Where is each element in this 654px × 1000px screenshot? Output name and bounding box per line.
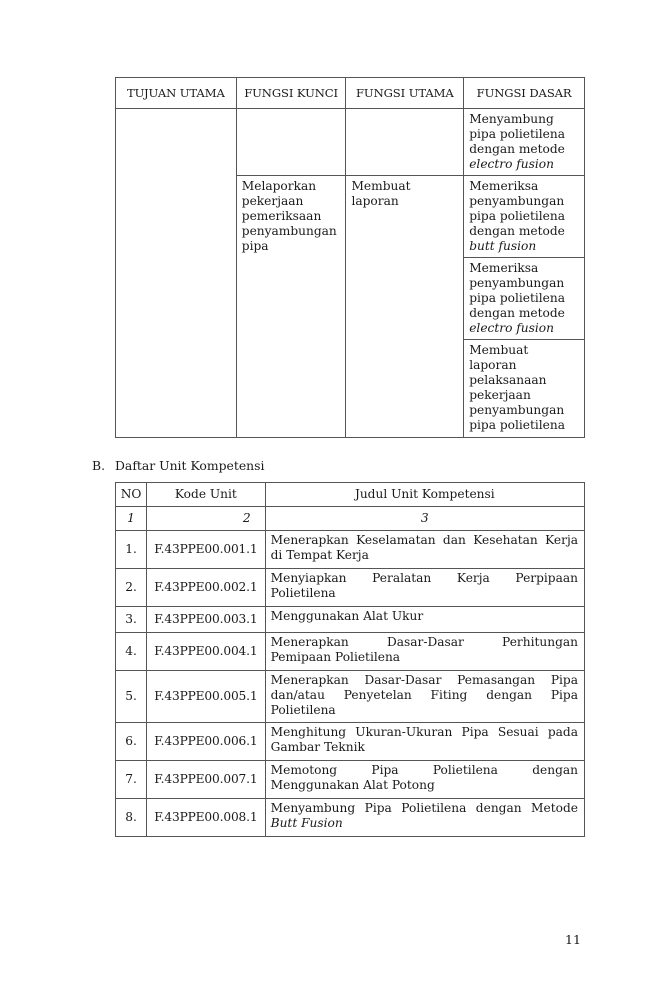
table-row: 3.F.43PPE00.003.1Menggunakan Alat Ukur [116,607,585,633]
header-fungsi-dasar: FUNGSI DASAR [464,78,585,109]
function-map-table: TUJUAN UTAMA FUNGSI KUNCI FUNGSI UTAMA F… [115,77,585,438]
unit-title: Menerapkan Dasar-Dasar PerhitunganPemipa… [265,633,584,671]
competency-units-table: NO Kode Unit Judul Unit Kompetensi 1 2 3… [115,482,585,837]
unit-title: Menggunakan Alat Ukur [265,607,584,633]
section-title: Daftar Unit Kompetensi [115,458,264,473]
header-judul-unit: Judul Unit Kompetensi [265,483,584,507]
fungsi-kunci-cell: Melaporkan pekerjaan pemeriksaan penyamb… [236,176,346,438]
fungsi-kunci-text [237,109,346,112]
table-row: 4.F.43PPE00.004.1Menerapkan Dasar-Dasar … [116,633,585,671]
fungsi-utama-cell [346,109,464,176]
fungsi-dasar-italic: butt fusion [469,239,536,253]
fungsi-kunci-text: Melaporkan pekerjaan pemeriksaan penyamb… [237,176,346,254]
section-letter: B. [92,458,115,473]
unit-number: 1. [116,531,147,569]
unit-code: F.43PPE00.004.1 [147,633,266,671]
table-row: Menyambung pipa polietilena dengan metod… [116,109,585,176]
document-page: TUJUAN UTAMA FUNGSI KUNCI FUNGSI UTAMA F… [0,0,654,1000]
unit-title-line: Pemipaan Polietilena [271,650,578,665]
fungsi-dasar-italic: electro fusion [469,321,554,335]
table-row: 1.F.43PPE00.001.1Menerapkan Keselamatan … [116,531,585,569]
table-header-row: NO Kode Unit Judul Unit Kompetensi [116,483,585,507]
unit-title-line: Menerapkan Dasar-Dasar Pemasangan Pipa [271,673,578,688]
unit-code: F.43PPE00.008.1 [147,799,266,837]
section-heading: B.Daftar Unit Kompetensi [92,458,264,473]
fungsi-utama-cell: Membuat laporan [346,176,464,438]
unit-number: 5. [116,671,147,723]
unit-number: 2. [116,569,147,607]
unit-title-line: Menghitung Ukuran-Ukuran Pipa Sesuai pad… [271,725,578,740]
unit-title-italic: Butt Fusion [271,816,578,831]
index-3: 3 [265,507,584,531]
fungsi-dasar-cell: Memeriksa penyambungan pipa polietilena … [464,258,585,340]
fungsi-dasar-main: Memeriksa penyambungan pipa polietilena … [469,261,565,320]
fungsi-dasar-main: Memeriksa penyambungan pipa polietilena … [469,179,565,238]
fungsi-dasar-text: Memeriksa penyambungan pipa polietilena … [464,176,584,254]
header-no: NO [116,483,147,507]
fungsi-dasar-main: Membuat laporan pelaksanaan pekerjaan pe… [469,343,565,432]
index-2: 2 [147,507,266,531]
fungsi-dasar-text: Memeriksa penyambungan pipa polietilena … [464,258,584,336]
unit-number: 8. [116,799,147,837]
table-row: 2.F.43PPE00.002.1Menyiapkan Peralatan Ke… [116,569,585,607]
unit-code: F.43PPE00.006.1 [147,723,266,761]
table-row: 5.F.43PPE00.005.1Menerapkan Dasar-Dasar … [116,671,585,723]
unit-title: Menerapkan Keselamatan dan Kesehatan Ker… [265,531,584,569]
unit-title: Menghitung Ukuran-Ukuran Pipa Sesuai pad… [265,723,584,761]
unit-title: Memotong Pipa Polietilena denganMengguna… [265,761,584,799]
header-tujuan-utama: TUJUAN UTAMA [116,78,237,109]
unit-code: F.43PPE00.002.1 [147,569,266,607]
fungsi-dasar-cell: Membuat laporan pelaksanaan pekerjaan pe… [464,340,585,438]
unit-title-line: Polietilena [271,703,578,718]
unit-number: 3. [116,607,147,633]
fungsi-dasar-italic: electro fusion [469,157,554,171]
unit-title-line: di Tempat Kerja [271,548,578,563]
fungsi-dasar-text: Menyambung pipa polietilena dengan metod… [464,109,584,172]
fungsi-dasar-text: Membuat laporan pelaksanaan pekerjaan pe… [464,340,584,433]
page-number: 11 [565,932,581,947]
unit-number: 4. [116,633,147,671]
fungsi-dasar-cell: Menyambung pipa polietilena dengan metod… [464,109,585,176]
unit-title: Menyambung Pipa Polietilena dengan Metod… [265,799,584,837]
unit-code: F.43PPE00.005.1 [147,671,266,723]
unit-title: Menerapkan Dasar-Dasar Pemasangan Pipada… [265,671,584,723]
unit-title-line: Gambar Teknik [271,740,578,755]
unit-title-line: Menyambung Pipa Polietilena dengan Metod… [271,801,578,816]
table-row: 6.F.43PPE00.006.1Menghitung Ukuran-Ukura… [116,723,585,761]
fungsi-dasar-main: Menyambung pipa polietilena dengan metod… [469,112,565,156]
table-header-row: TUJUAN UTAMA FUNGSI KUNCI FUNGSI UTAMA F… [116,78,585,109]
unit-code: F.43PPE00.003.1 [147,607,266,633]
unit-code: F.43PPE00.001.1 [147,531,266,569]
unit-title-line: Polietilena [271,586,578,601]
unit-title-line: Menerapkan Dasar-Dasar Perhitungan [271,635,578,650]
unit-code: F.43PPE00.007.1 [147,761,266,799]
tujuan-utama-text [116,109,236,112]
header-fungsi-utama: FUNGSI UTAMA [346,78,464,109]
unit-number: 7. [116,761,147,799]
fungsi-dasar-cell: Memeriksa penyambungan pipa polietilena … [464,176,585,258]
table-row: 8.F.43PPE00.008.1Menyambung Pipa Polieti… [116,799,585,837]
fungsi-utama-text [346,109,463,112]
unit-title-line: dan/atau Penyetelan Fiting dengan Pipa [271,688,578,703]
tujuan-utama-cell [116,109,237,438]
unit-title-line: Menerapkan Keselamatan dan Kesehatan Ker… [271,533,578,548]
index-1: 1 [116,507,147,531]
fungsi-kunci-cell [236,109,346,176]
unit-number: 6. [116,723,147,761]
fungsi-utama-text: Membuat laporan [346,176,463,209]
unit-title: Menyiapkan Peralatan Kerja PerpipaanPoli… [265,569,584,607]
unit-title-line: Memotong Pipa Polietilena dengan [271,763,578,778]
table-row: 7.F.43PPE00.007.1Memotong Pipa Polietile… [116,761,585,799]
unit-title-line: Menggunakan Alat Potong [271,778,578,793]
unit-title-line: Menggunakan Alat Ukur [271,609,578,624]
unit-title-line: Menyiapkan Peralatan Kerja Perpipaan [271,571,578,586]
header-fungsi-kunci: FUNGSI KUNCI [236,78,346,109]
header-kode-unit: Kode Unit [147,483,266,507]
column-index-row: 1 2 3 [116,507,585,531]
